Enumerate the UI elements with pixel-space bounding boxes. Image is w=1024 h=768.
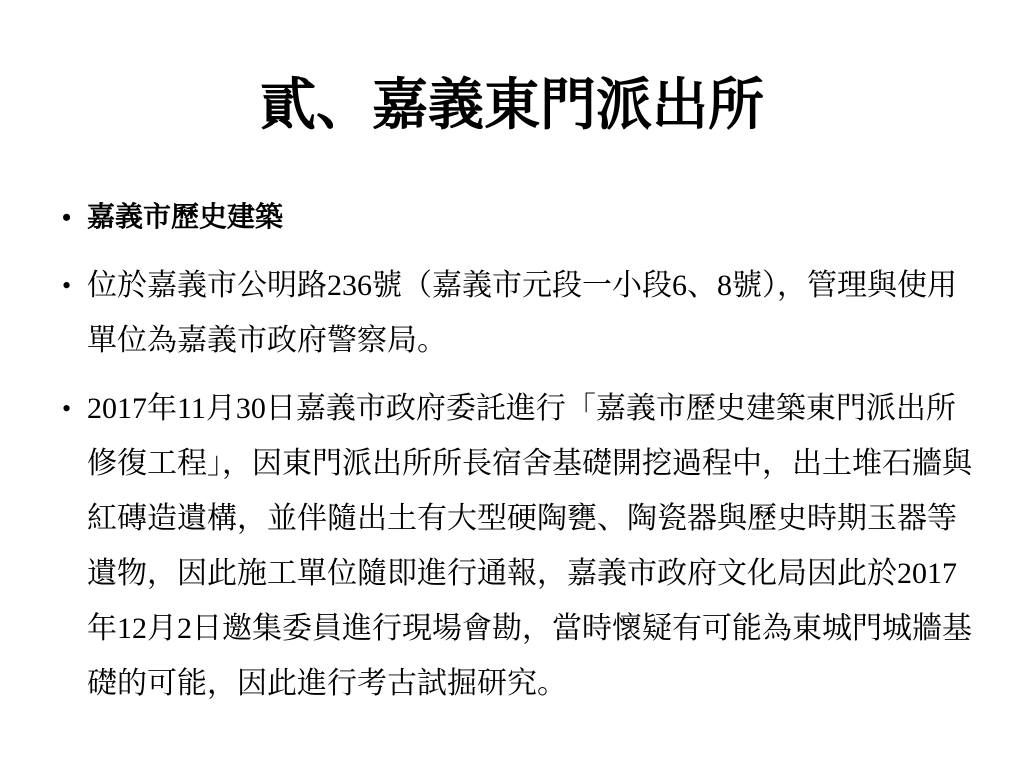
slide-title: 貳、嘉義東門派出所: [0, 62, 1024, 150]
bullet-item: • 位於嘉義市公明路236號（嘉義市元段一小段6、8號），管理與使用單位為嘉義市…: [62, 258, 972, 368]
bullet-dot-icon: •: [62, 381, 87, 436]
bullet-text: 位於嘉義市公明路236號（嘉義市元段一小段6、8號），管理與使用單位為嘉義市政府…: [87, 269, 957, 357]
bullet-text: 2017年11月30日嘉義市政府委託進行「嘉義市歷史建築東門派出所修復工程」，因…: [87, 392, 972, 700]
bullet-item: • 2017年11月30日嘉義市政府委託進行「嘉義市歷史建築東門派出所修復工程」…: [62, 381, 972, 711]
bullet-text: 嘉義市歷史建築: [87, 202, 283, 233]
slide-body: • 嘉義市歷史建築 • 位於嘉義市公明路236號（嘉義市元段一小段6、8號），管…: [62, 190, 972, 724]
presentation-slide: 貳、嘉義東門派出所 • 嘉義市歷史建築 • 位於嘉義市公明路236號（嘉義市元段…: [0, 0, 1024, 768]
bullet-dot-icon: •: [62, 258, 87, 313]
bullet-list: • 嘉義市歷史建築 • 位於嘉義市公明路236號（嘉義市元段一小段6、8號），管…: [62, 190, 972, 711]
bullet-item: • 嘉義市歷史建築: [62, 190, 972, 245]
bullet-dot-icon: •: [62, 190, 87, 245]
